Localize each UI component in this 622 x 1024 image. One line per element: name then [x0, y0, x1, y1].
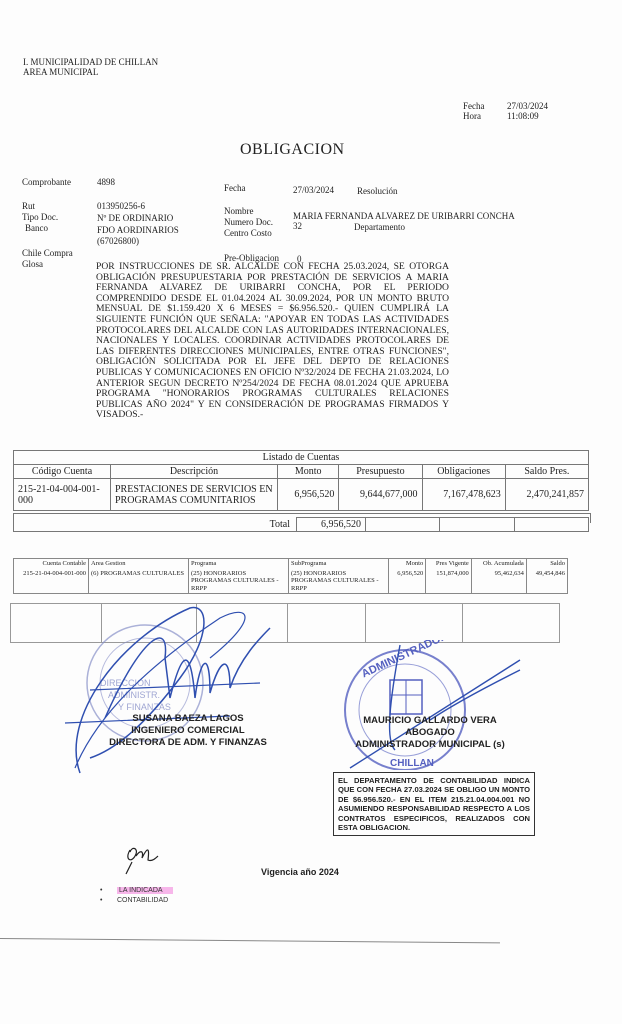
table-row: 215-21-04-004-001-000 (6) PROGRAMAS CULT… — [14, 569, 568, 594]
tipo-doc-value: Nº DE ORDINARIO — [97, 213, 173, 223]
col-ob-acumulada: Ob. Acumulada — [471, 559, 526, 569]
departamento-label: Departamento — [354, 222, 405, 232]
cell-presupuesto: 9,644,677,000 — [339, 479, 422, 511]
rut-label: Rut — [22, 201, 35, 211]
page-edge-line — [0, 938, 500, 943]
banco-account: (67026800) — [97, 236, 139, 246]
left-signatory-title: INGENIERO COMERCIAL — [98, 725, 278, 737]
total-label: Total — [14, 518, 297, 532]
page-title: OBLIGACION — [240, 141, 345, 159]
list-item: •CONTABILIDAD — [100, 896, 173, 906]
banco-label: Banco — [25, 223, 48, 233]
cell-programa: (25) HONORARIOS PROGRAMAS CULTURALES - R… — [189, 569, 289, 594]
glosa-text: POR INSTRUCCIONES DE SR. ALCALDE CON FEC… — [96, 262, 449, 421]
list-item: •LA INDICADA — [100, 886, 173, 896]
cell-saldo: 2,470,241,857 — [505, 479, 588, 511]
org-area: AREA MUNICIPAL — [23, 67, 158, 77]
col-obligaciones: Obligaciones — [422, 465, 505, 479]
org-name: I. MUNICIPALIDAD DE CHILLAN — [23, 57, 158, 67]
col-monto: Monto — [389, 559, 426, 569]
cell-cuenta-contable: 215-21-04-004-001-000 — [14, 569, 89, 594]
col-programa: Programa — [189, 559, 289, 569]
col-subprograma: SubPrograma — [289, 559, 389, 569]
right-signatory-name: MAURICIO GALLARDO VERA — [340, 715, 520, 727]
right-signatory-title: ABOGADO — [340, 727, 520, 739]
cell-monto: 6,956,520 — [389, 569, 426, 594]
distribution-item: LA INDICADA — [117, 887, 173, 894]
cuentas-table: Listado de Cuentas Código Cuenta Descrip… — [13, 450, 589, 511]
right-signatory-role: ADMINISTRADOR MUNICIPAL (s) — [340, 739, 520, 751]
bullet-icon: • — [100, 896, 117, 906]
print-datetime: Fecha27/03/2024 Hora11:08:09 — [463, 101, 548, 121]
col-cuenta-contable: Cuenta Contable — [14, 559, 89, 569]
print-date-label: Fecha — [463, 101, 507, 111]
comprobante-label: Comprobante — [22, 177, 71, 187]
print-time-value: 11:08:09 — [507, 111, 539, 121]
col-saldo: Saldo Pres. — [505, 465, 588, 479]
svg-text:DIRECCION: DIRECCION — [100, 678, 151, 688]
comprobante-value: 4898 — [97, 177, 115, 187]
bullet-icon: • — [100, 886, 117, 896]
vigencia-text: Vigencia año 2024 — [261, 867, 339, 877]
col-presupuesto: Presupuesto — [339, 465, 422, 479]
col-monto: Monto — [278, 465, 339, 479]
cell-pres-vigente: 151,874,000 — [426, 569, 472, 594]
municipality-header: I. MUNICIPALIDAD DE CHILLAN AREA MUNICIP… — [23, 57, 158, 77]
cell-subprograma: (25) HONORARIOS PROGRAMAS CULTURALES - R… — [289, 569, 389, 594]
rut-value: 013950256-6 — [97, 201, 145, 211]
svg-text:CHILLAN: CHILLAN — [390, 758, 434, 769]
resolucion-label: Resolución — [357, 186, 398, 196]
numero-doc-value: 32 — [293, 221, 302, 231]
contabilidad-notice: EL DEPARTAMENTO DE CONTABILIDAD INDICA Q… — [333, 772, 535, 836]
contable-table: Cuenta Contable Area Gestion Programa Su… — [13, 558, 568, 594]
cell-ob-acumulada: 95,462,634 — [471, 569, 526, 594]
glosa-label: Glosa — [22, 259, 43, 269]
banco-value: FDO AORDINARIOS — [97, 225, 179, 235]
cell-saldo: 49,454,846 — [526, 569, 567, 594]
cell-codigo: 215-21-04-004-001-000 — [14, 479, 111, 511]
distribution-list: •LA INDICADA •CONTABILIDAD — [100, 886, 173, 906]
tipo-doc-label: Tipo Doc. — [22, 212, 58, 222]
print-date-value: 27/03/2024 — [507, 101, 548, 111]
svg-text:Y FINANZAS: Y FINANZAS — [118, 702, 171, 712]
left-stamp-signature-icon: DIRECCION ADMINISTR. Y FINANZAS — [60, 598, 290, 788]
print-time-label: Hora — [463, 111, 507, 121]
left-signatory-name: SUSANA BAEZA LAGOS — [98, 713, 278, 725]
right-signatory: MAURICIO GALLARDO VERA ABOGADO ADMINISTR… — [340, 715, 520, 751]
left-signatory: SUSANA BAEZA LAGOS INGENIERO COMERCIAL D… — [98, 713, 278, 749]
cell-descripcion: PRESTACIONES DE SERVICIOS EN PROGRAMAS C… — [111, 479, 278, 511]
fecha-label: Fecha — [224, 183, 246, 193]
centro-costo-label: Centro Costo — [224, 228, 272, 238]
chile-compra-label: Chile Compra — [22, 248, 73, 258]
nombre-label: Nombre — [224, 206, 254, 216]
col-descripcion: Descripción — [111, 465, 278, 479]
col-area-gestion: Area Gestion — [89, 559, 189, 569]
total-value: 6,956,520 — [297, 518, 366, 532]
cell-monto: 6,956,520 — [278, 479, 339, 511]
numero-doc-label: Numero Doc. — [224, 217, 273, 227]
cell-area-gestion: (6) PROGRAMAS CULTURALES — [89, 569, 189, 594]
cell-obligaciones: 7,167,478,623 — [422, 479, 505, 511]
col-pres-vigente: Pres Vigente — [426, 559, 472, 569]
col-codigo: Código Cuenta — [14, 465, 111, 479]
left-signatory-role: DIRECTORA DE ADM. Y FINANZAS — [98, 737, 278, 749]
table-row: 215-21-04-004-001-000 PRESTACIONES DE SE… — [14, 479, 589, 511]
fecha-value: 27/03/2024 — [293, 185, 334, 195]
distribution-item: CONTABILIDAD — [117, 897, 168, 904]
col-saldo: Saldo — [526, 559, 567, 569]
cuentas-table-title: Listado de Cuentas — [14, 451, 589, 465]
initials-signature-icon — [122, 840, 162, 876]
total-row: Total 6,956,520 — [13, 517, 589, 532]
nombre-value: MARIA FERNANDA ALVAREZ DE URIBARRI CONCH… — [293, 211, 515, 221]
